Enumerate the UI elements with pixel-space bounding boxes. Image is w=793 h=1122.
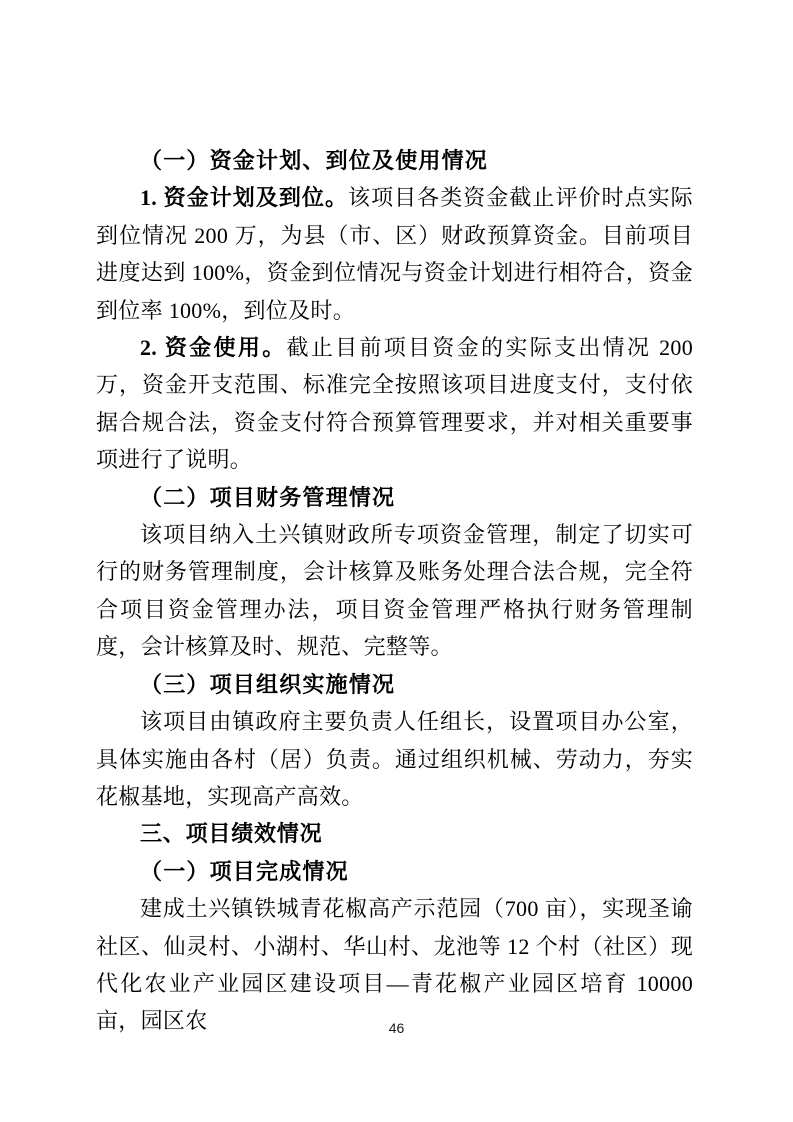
paragraph-lead: 2. 资金使用。 xyxy=(140,335,287,360)
document-page: （一）资金计划、到位及使用情况 1. 资金计划及到位。该项目各类资金截止评价时点… xyxy=(0,0,793,1122)
section-heading-completion: （一）项目完成情况 xyxy=(96,853,693,890)
chapter-heading-performance: 三、项目绩效情况 xyxy=(96,815,693,852)
section-heading-fund-plan: （一）资金计划、到位及使用情况 xyxy=(96,142,693,179)
page-number: 46 xyxy=(0,1020,793,1036)
document-content: （一）资金计划、到位及使用情况 1. 资金计划及到位。该项目各类资金截止评价时点… xyxy=(96,142,693,1040)
paragraph-lead: 1. 资金计划及到位。 xyxy=(140,185,348,210)
paragraph-financial-management: 该项目纳入土兴镇财政所专项资金管理，制定了切实可行的财务管理制度，会计核算及账务… xyxy=(96,516,693,666)
paragraph-fund-usage: 2. 资金使用。截止目前项目资金的实际支出情况 200 万，资金开支范围、标准完… xyxy=(96,329,693,479)
paragraph-organization: 该项目由镇政府主要负责人任组长，设置项目办公室，具体实施由各村（居）负责。通过组… xyxy=(96,703,693,815)
paragraph-fund-plan-arrival: 1. 资金计划及到位。该项目各类资金截止评价时点实际到位情况 200 万，为县（… xyxy=(96,179,693,329)
paragraph-completion: 建成土兴镇铁城青花椒高产示范园（700 亩），实现圣谕社区、仙灵村、小湖村、华山… xyxy=(96,890,693,1040)
section-heading-organization: （三）项目组织实施情况 xyxy=(96,666,693,703)
paragraph-text: 该项目纳入土兴镇财政所专项资金管理，制定了切实可行的财务管理制度，会计核算及账务… xyxy=(96,522,693,659)
section-heading-financial-management: （二）项目财务管理情况 xyxy=(96,479,693,516)
paragraph-text: 建成土兴镇铁城青花椒高产示范园（700 亩），实现圣谕社区、仙灵村、小湖村、华山… xyxy=(96,896,693,1033)
paragraph-text: 该项目由镇政府主要负责人任组长，设置项目办公室，具体实施由各村（居）负责。通过组… xyxy=(96,709,693,809)
